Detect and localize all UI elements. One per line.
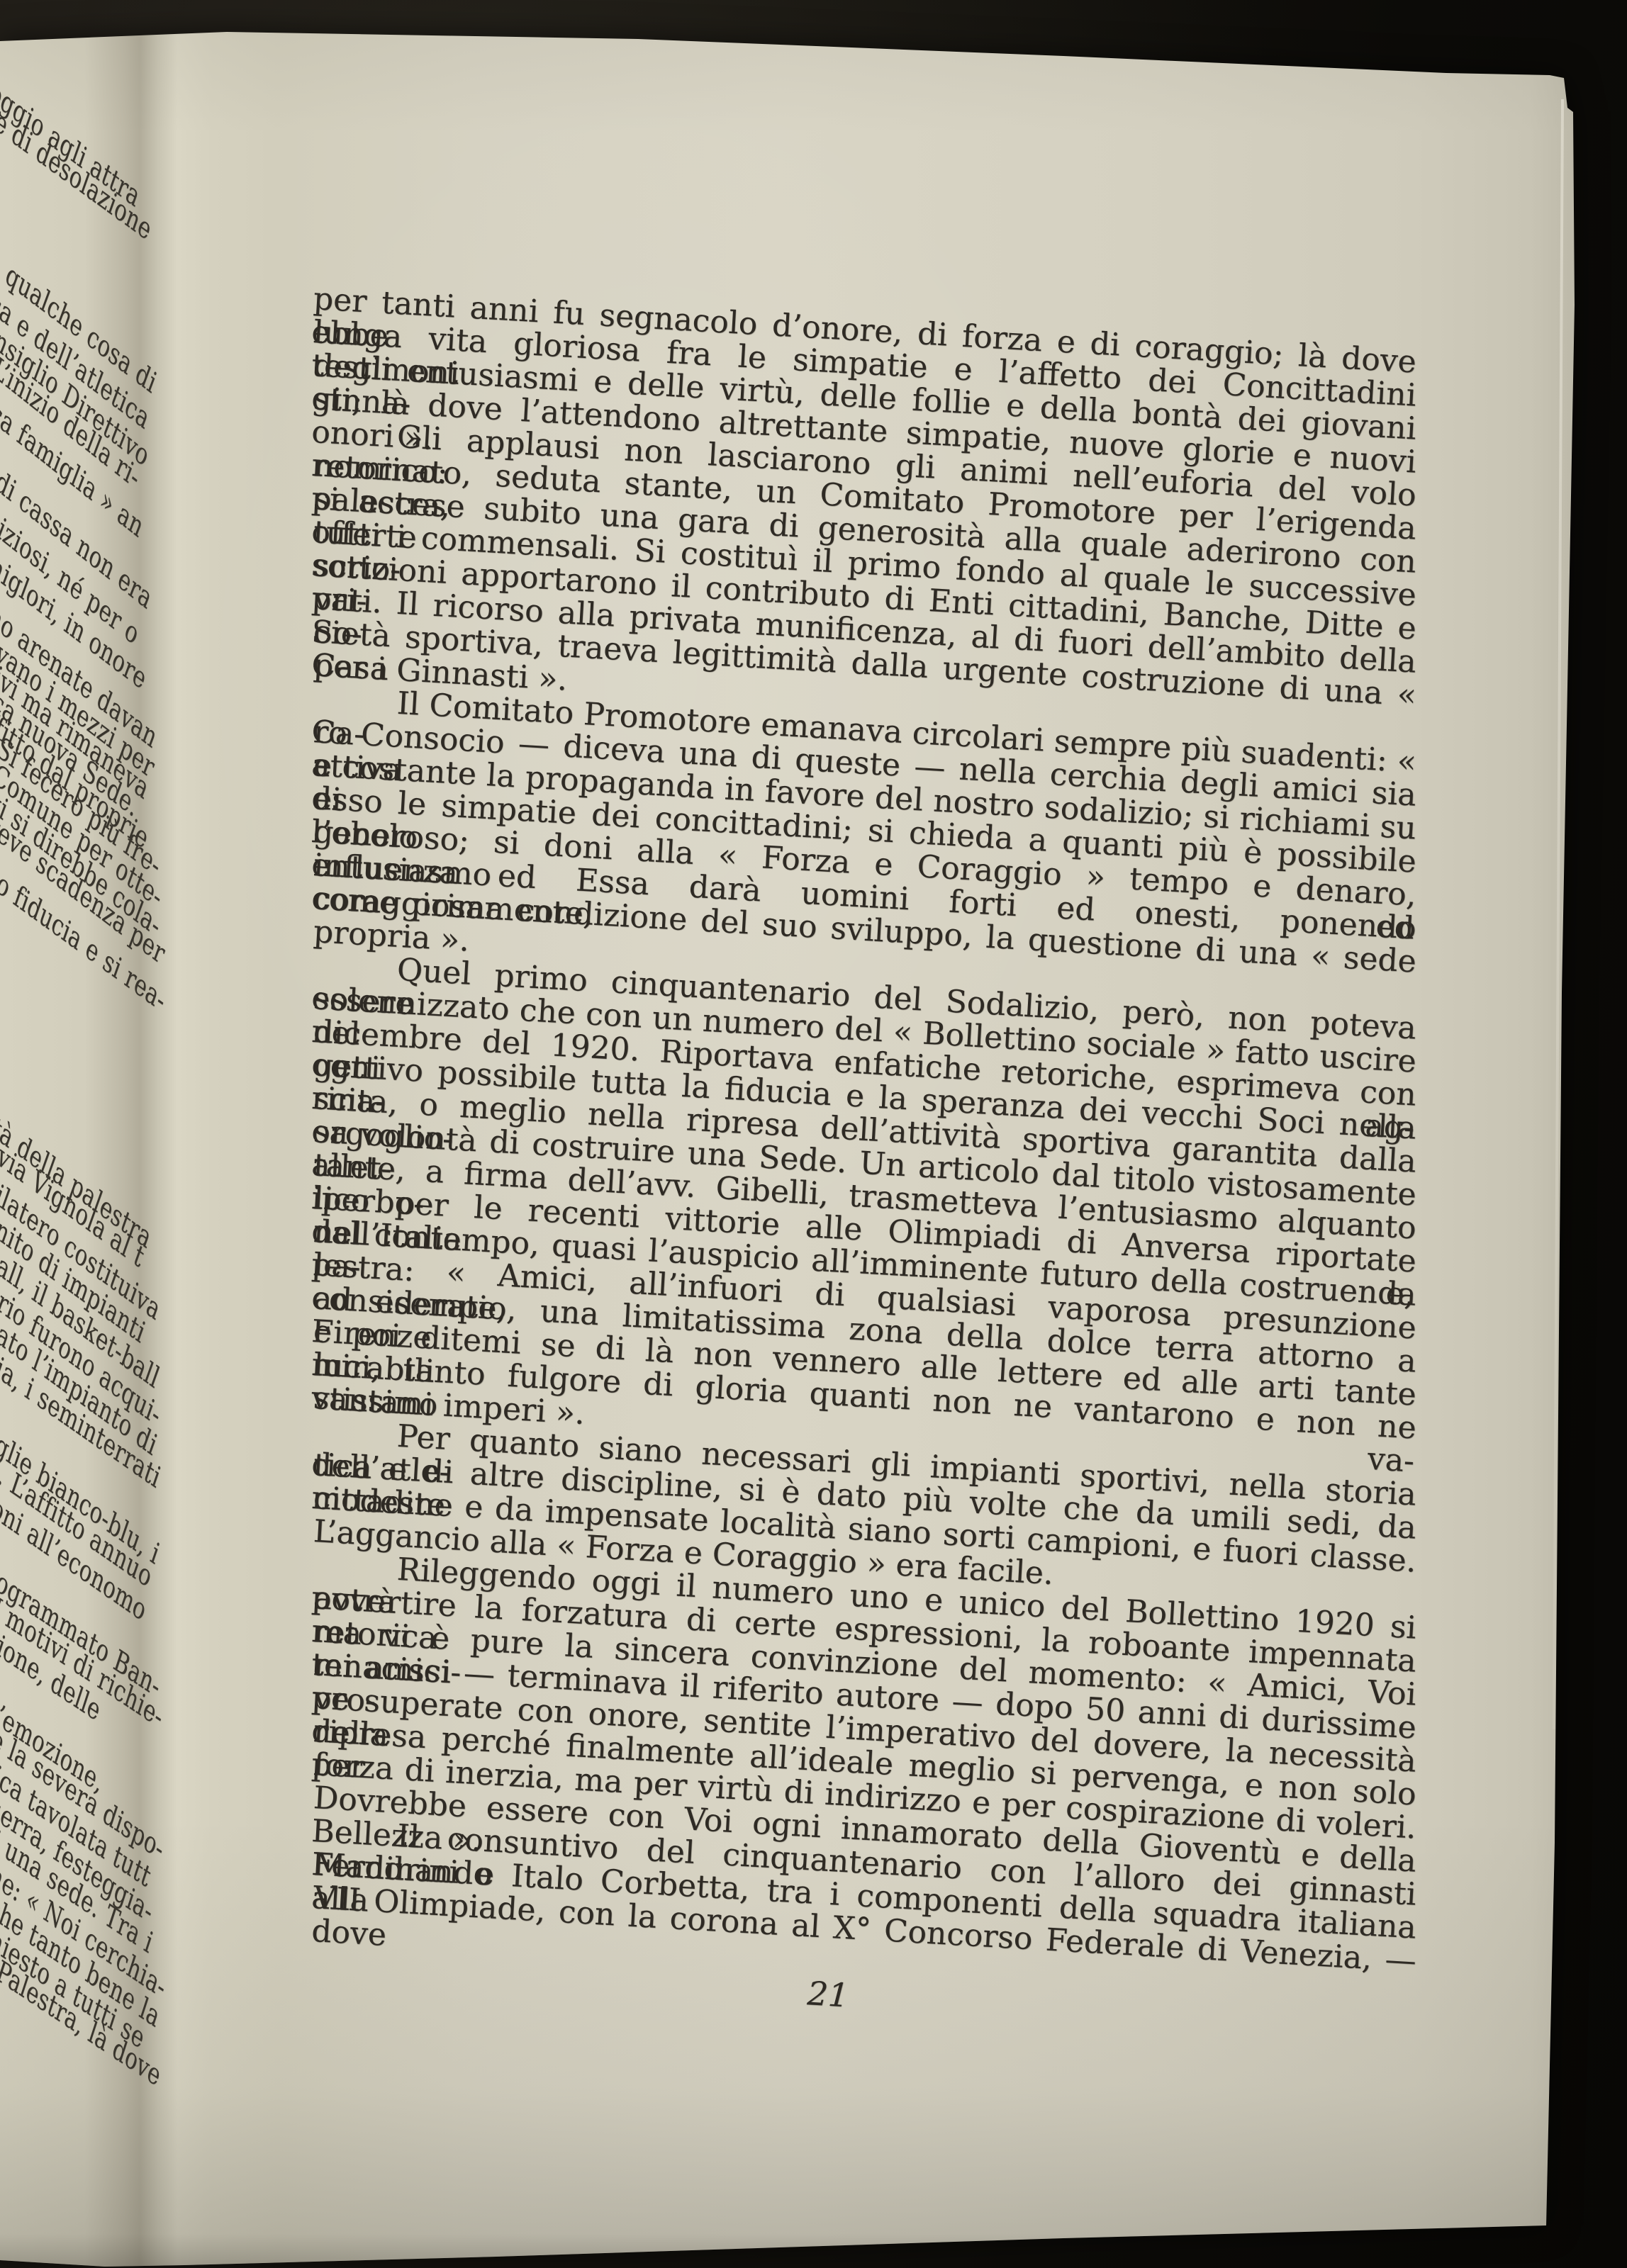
page-fore-edge	[1553, 99, 1564, 1729]
page-text-block: per tanti anni fu segnacolo d’onore, di …	[313, 282, 1418, 1984]
left-page-gutter: teggio agli attrae di desolazionea qualc…	[0, 0, 167, 2268]
book-photo: teggio agli attrae di desolazionea qualc…	[0, 0, 1627, 2268]
book-page-paper-wrap: teggio agli attrae di desolazionea qualc…	[0, 0, 1627, 2268]
paragraph-lines: per tanti anni fu segnacolo d’onore, di …	[313, 282, 1418, 1914]
right-page: teggio agli attrae di desolazionea qualc…	[0, 0, 1627, 2268]
page-number: 21	[806, 1974, 850, 2014]
